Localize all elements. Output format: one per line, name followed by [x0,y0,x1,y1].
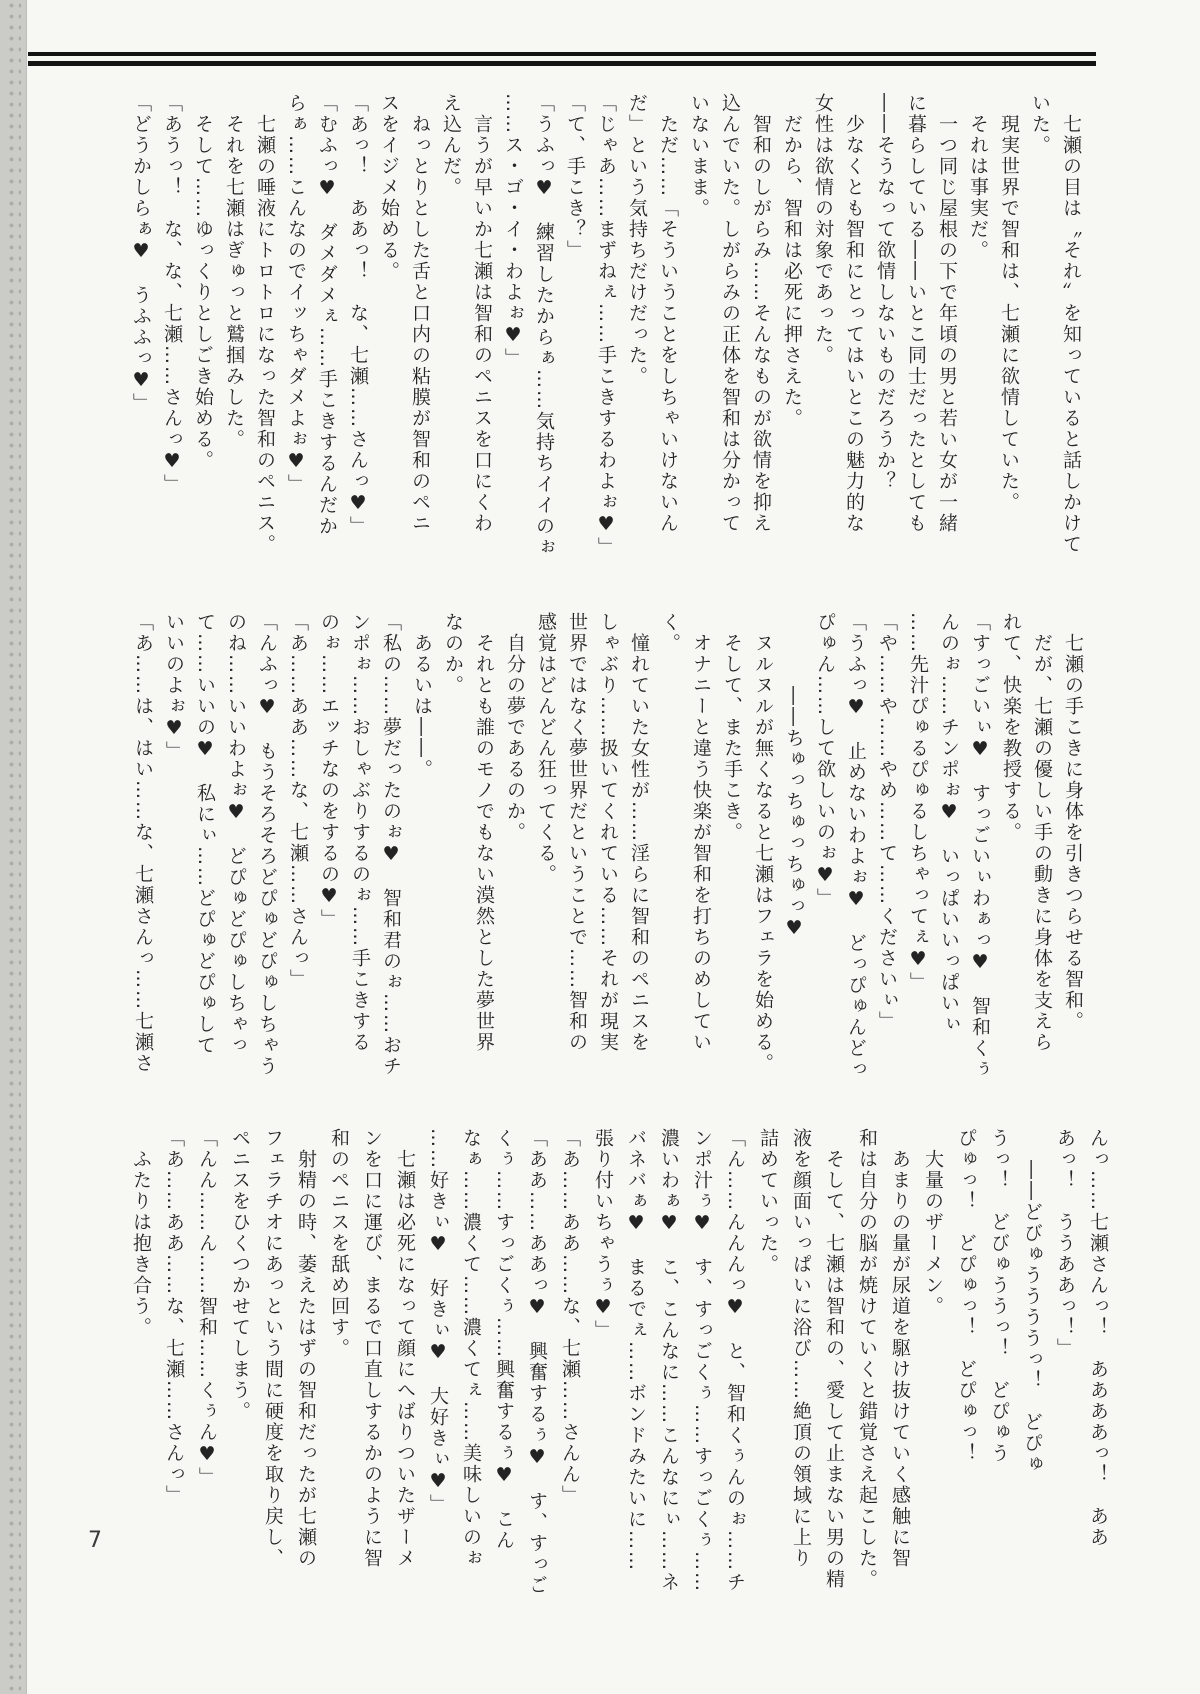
text-column: 七瀬は必死になって顔にへばりついたザーメ [388,1149,421,1688]
text-column: オナニーと違う快楽が智和を打ちのめしてい [685,633,716,1132]
text-column: ねっとりとした舌と口内の粘膜が智和のペニ [404,114,435,653]
text-column: 「あっ！ ああっ！ な、七瀬……さんっ♥」 [342,93,373,653]
text-column: 「うふっ♥ 止めないわよぉ♥ どっぴゅんどっ [840,612,871,1132]
text-column: ンを口に運び、まるで口直しするかのように智 [355,1128,388,1688]
text-column: ……好きぃ♥ 好きぃ♥ 大好きぃ♥」 [421,1128,454,1688]
text-column: ただ……「そういうことをしちゃいけないん [652,114,683,653]
text-column: スをイジメ始める。 [373,93,404,653]
text-column: に暮らしている――いとこ同士だったとしても [900,93,931,653]
text-column: 「むふっ♥ ダメダメぇ……手こきするんだか [311,93,342,653]
text-column: 和のペニスを舐め回す。 [322,1128,355,1688]
text-column: んっ……七瀬さんっ！ ああああっ！ ああ [1081,1128,1114,1688]
text-column: 「て、手こき？」 [559,93,590,653]
text-column: ぴゅっ！ どぴゅっ！ どぴゅっ！ [949,1128,982,1688]
text-column: 「じゃあ……まずねぇ……手こきするわよぉ♥」 [590,93,621,653]
text-column: それとも誰のモノでもない漠然とした夢世界 [468,633,499,1132]
text-column: だ」という気持ちだけだった。 [621,93,652,653]
text-column: 七瀬の手こきに身体を引きつらせる智和。 [1057,633,1088,1132]
text-column: あるいは――。 [406,633,437,1132]
text-column: 和は自分の脳が焼けていくと錯覚さえ起こした。 [850,1128,883,1688]
text-column: 感覚はどんどん狂ってくる。 [530,612,561,1132]
text-column: らぁ……こんなのでイッちゃダメよぉ♥」 [280,93,311,653]
text-column: あっ！ ううああっ！」 [1048,1128,1081,1688]
text-column: しゃぶり……扱いてくれている……それが現実 [592,612,623,1132]
text-column: 「ん……んんんっ♥ と、智和くぅんのぉ……チ [718,1128,751,1688]
text-column: ぴゅん……して欲しいのぉ♥」 [809,612,840,1132]
text-column: あまりの量が尿道を駆け抜けていく感触に智 [883,1149,916,1688]
text-column: 込んでいた。しがらみの正体を智和は分かって [714,93,745,653]
text-column: 「や……や……やめ……て……くださいぃ」 [871,612,902,1132]
text-column: 濃いわぁ♥ こ、こんなに……こんなにぃ……ネ [652,1128,685,1688]
text-column: 「あうっ！ な、な、七瀬……さんっ♥」 [156,93,187,653]
scan-edge-dots [7,0,21,1694]
text-column: 「んん……ん……智和……くぅん♥」 [190,1128,223,1688]
text-column: え込んだ。 [435,93,466,653]
text-column: ……先汁ぴゅるぴゅるしちゃってぇ♥」 [902,612,933,1132]
text-column: ペニスをひくつかせてしまう。 [223,1128,256,1688]
text-column: ――ちゅっちゅっちゅっ♥ [778,686,809,1132]
text-column: のぉ……エッチなのをするの♥」 [313,612,344,1132]
text-column: ヌルヌルが無くなると七瀬はフェラを始める。 [747,633,778,1132]
text-column: なぁ……濃くて……濃くてぇ……美味しいのぉ [454,1128,487,1688]
text-column: 「ああ……ああっ♥ 興奮するぅ♥ す、すっご [520,1128,553,1688]
page-number: 7 [88,1528,102,1553]
text-column: 世界ではなく夢世界だということで……智和の [561,612,592,1132]
text-column: それは事実だ。 [962,114,993,653]
text-column: 射精の時、萎えたはずの智和だったが七瀬の [289,1149,322,1688]
text-column: そして、また手こき。 [716,633,747,1132]
text-column: 七瀬の唾液にトロトロになった智和のペニス。 [249,114,280,653]
text-column: 七瀬の目は〝それ〟を知っていると話しかけて [1055,114,1086,653]
text-column: ……ス・ゴ・イ・わよぉ♥」 [497,93,528,653]
text-column: 自分の夢であるのか。 [499,633,530,1132]
text-column: 「あ……は、はい……な、七瀬さんっ……七瀬さ [127,612,158,1132]
text-column: それを七瀬はぎゅっと鷲掴みした。 [218,114,249,653]
text-column: 少なくとも智和にとってはいとこの魅力的な [838,114,869,653]
text-column: 「あ……ああ……な、七瀬……さんっ」 [157,1128,190,1688]
text-column: のね……いいわよぉ♥ どぴゅどぴゅしちゃっ [220,612,251,1132]
text-column: 「私の……夢だったのぉ♥ 智和君のぉ……おチ [375,612,406,1132]
text-column: 「うふっ♥ 練習したからぁ……気持ちイイのぉ [528,93,559,653]
text-column: ――そうなって欲情しないものだろうか？ [869,93,900,653]
text-column: く。 [654,612,685,1132]
text-column: 「どうかしらぁ♥ うふふっ♥」 [125,93,156,653]
text-column: ――どびゅううううっ！ どぴゅ [1015,1160,1048,1688]
text-column: だから、智和は必死に押さえた。 [776,114,807,653]
text-column: ンポ汁ぅ♥ す、すっごくぅ……すっごくぅ…… [685,1128,718,1688]
text-column: ふたりは抱き合う。 [124,1149,157,1688]
text-column: フェラチオにあっという間に硬度を取り戻し、 [256,1128,289,1688]
text-column: だが、七瀬の優しい手の動きに身体を支えら [1026,633,1057,1132]
double-rule [28,52,1096,66]
text-column: んのぉ……チンポぉ♥ いっぱいいっぱいぃ [933,612,964,1132]
text-column: そして、七瀬は智和の、愛して止まない男の精 [817,1149,850,1688]
text-column: 智和のしがらみ……そんなものが欲情を抑え [745,114,776,653]
text-column: 「あ……ああ……な、七瀬……さんん」 [553,1128,586,1688]
text-column: 「んふっ♥ もうそろそろどぴゅどぴゅしちゃう [251,612,282,1132]
text-column: 女性は欲情の対象であった。 [807,93,838,653]
text-column: 詰めていった。 [751,1128,784,1688]
text-column: バネバぁ♥ まるでぇ……ボンドみたいに…… [619,1128,652,1688]
scanned-page: { "page": { "number": "7", "background":… [0,0,1200,1694]
text-column: 一つ同じ屋根の下で年頃の男と若い女が一緒 [931,114,962,653]
text-column: いないまま。 [683,93,714,653]
text-column: いた。 [1024,93,1055,653]
text-column: いいのよぉ♥」 [158,612,189,1132]
text-column: 言うが早いか七瀬は智和のペニスを口にくわ [466,114,497,653]
text-column: 大量のザーメン。 [916,1149,949,1688]
text-column: 現実世界で智和は、七瀬に欲情していた。 [993,114,1024,653]
text-column: 「すっごいぃ♥ すっごいぃわぁっ♥ 智和くぅ [964,612,995,1132]
text-column: 憧れていた女性が……淫らに智和のペニスを [623,633,654,1132]
text-band-1: 七瀬の目は〝それ〟を知っていると話しかけていた。現実世界で智和は、七瀬に欲情して… [125,93,1086,653]
text-column: ンポぉ……おしゃぶりするのぉ……手こきする [344,612,375,1132]
text-column: くぅ……すっごくぅ……興奮するぅ♥ こん [487,1128,520,1688]
text-column: 「あ……ああ……な、七瀬……さんっ」 [282,612,313,1132]
scan-edge-strip [0,0,27,1694]
text-band-3: んっ……七瀬さんっ！ ああああっ！ あああっ！ ううああっ！」――どびゅうううう… [124,1128,1114,1688]
text-column: 張り付いちゃうぅ♥」 [586,1128,619,1688]
text-column: て……いいの♥ 私にぃ……どぴゅどぴゅして [189,612,220,1132]
text-band-2: 七瀬の手こきに身体を引きつらせる智和。だが、七瀬の優しい手の動きに身体を支えられ… [127,612,1088,1132]
text-column: うっ！ どびゅううっ！ どぴゅう [982,1128,1015,1688]
text-column: れて、快楽を教授する。 [995,612,1026,1132]
text-column: 液を顔面いっぱいに浴び……絶頂の領域に上り [784,1128,817,1688]
text-column: そして……ゆっくりとしごき始める。 [187,114,218,653]
text-column: なのか。 [437,612,468,1132]
